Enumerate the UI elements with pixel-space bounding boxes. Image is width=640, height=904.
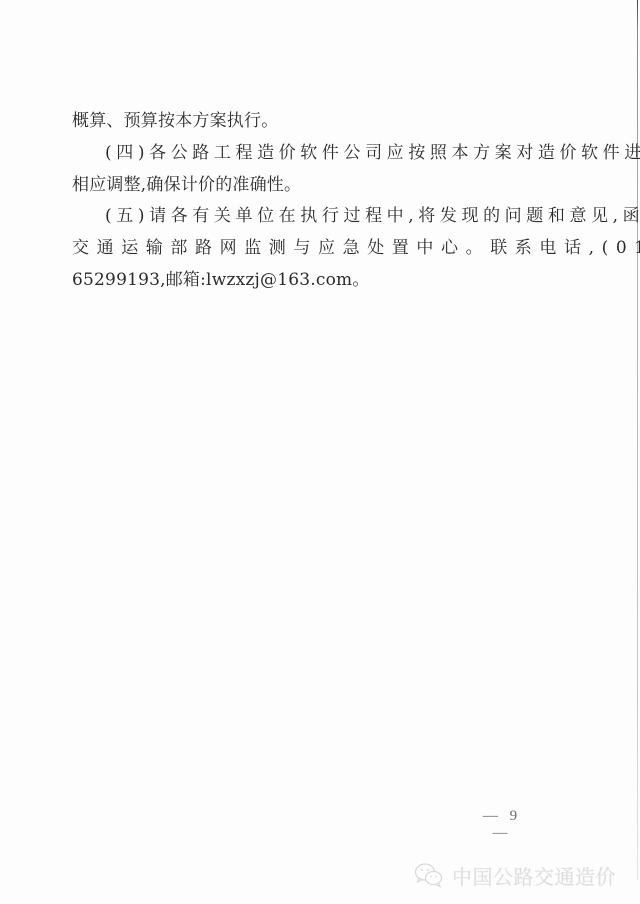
paragraph-line: 概算、预算按本方案执行。 xyxy=(72,110,544,142)
paragraph-line-contact: 交通运输部路网监测与应急处置中心。联系电话,(010) xyxy=(72,237,544,269)
paragraph-line-email: 65299193,邮箱:lwzxzj@163.com。 xyxy=(72,269,544,301)
page-edge-line xyxy=(637,0,638,880)
watermark: 中国公路交通造价 xyxy=(414,860,616,890)
paragraph-line-section-4: (四)各公路工程造价软件公司应按照本方案对造价软件进行 xyxy=(72,142,544,174)
paragraph-line: 相应调整,确保计价的准确性。 xyxy=(72,174,544,206)
document-page: 概算、预算按本方案执行。 (四)各公路工程造价软件公司应按照本方案对造价软件进行… xyxy=(0,0,640,904)
page-number: — 9 — xyxy=(470,808,534,842)
watermark-text: 中国公路交通造价 xyxy=(452,861,616,890)
paragraph-line-section-5: (五)请各有关单位在执行过程中,将发现的问题和意见,函告 xyxy=(72,205,544,237)
document-body: 概算、预算按本方案执行。 (四)各公路工程造价软件公司应按照本方案对造价软件进行… xyxy=(72,110,544,301)
wechat-icon xyxy=(414,861,444,889)
